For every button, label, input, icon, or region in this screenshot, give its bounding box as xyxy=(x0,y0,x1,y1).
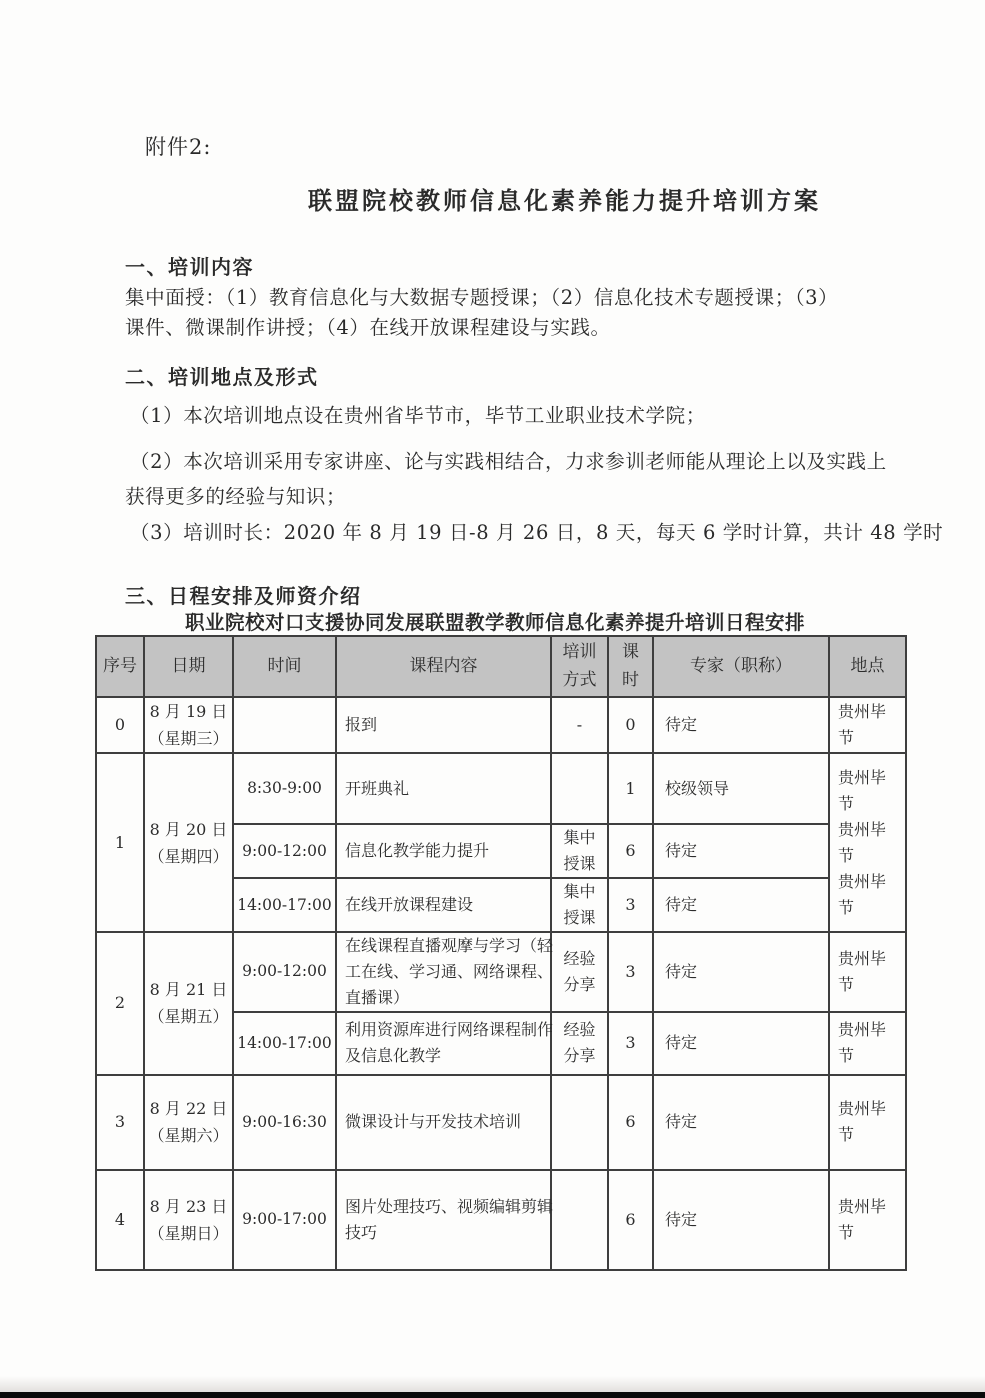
cell-mode: 集中授课 xyxy=(551,878,608,932)
cell-no: 2 xyxy=(96,932,144,1075)
section-3-heading: 三、日程安排及师资介绍 xyxy=(125,580,362,609)
section-2-item-2-line-2: 获得更多的经验与知识； xyxy=(125,481,346,509)
table-header-row: 序号 日期 时间 课程内容 培训方式 课时 专家（职称） 地点 xyxy=(96,636,906,697)
header-mode: 培训方式 xyxy=(551,636,608,697)
cell-location-merged: 贵州毕节 贵州毕节 贵州毕节 xyxy=(829,753,906,932)
section-1-line-2: 课件、微课制作讲授；（4）在线开放课程建设与实践。 xyxy=(125,312,611,340)
cell-expert: 待定 xyxy=(653,1012,829,1075)
header-expert: 专家（职称） xyxy=(653,636,829,697)
document-title: 联盟院校教师信息化素养能力提升培训方案 xyxy=(308,181,821,216)
section-2-heading: 二、培训地点及形式 xyxy=(125,361,319,390)
course-line: 工在线、学习通、网络课程、 xyxy=(345,959,546,985)
cell-time: 8:30-9:00 xyxy=(233,753,336,824)
date-line: （星期三） xyxy=(145,725,232,752)
cell-hours: 1 xyxy=(608,753,653,824)
cell-location: 贵州毕节 xyxy=(829,932,906,1012)
section-1-heading: 一、培训内容 xyxy=(125,251,254,280)
location-entry: 贵州毕节 xyxy=(838,817,897,869)
section-2-item-2-line-1: （2）本次培训采用专家讲座、论与实践相结合，力求参训老师能从理论上以及实践上 xyxy=(130,446,887,474)
header-course: 课程内容 xyxy=(336,636,551,697)
cell-course: 图片处理技巧、视频编辑剪辑 技巧 xyxy=(336,1170,551,1270)
date-line: 8 月 19 日 xyxy=(145,698,232,725)
cell-time: 9:00-12:00 xyxy=(233,824,336,878)
cell-mode xyxy=(551,753,608,824)
date-line: （星期日） xyxy=(145,1220,232,1247)
scanned-document-page: 附件2: 联盟院校教师信息化素养能力提升培训方案 一、培训内容 集中面授：（1）… xyxy=(0,0,985,1398)
date-line: （星期六） xyxy=(145,1122,232,1149)
cell-mode: 经验分享 xyxy=(551,932,608,1012)
section-2-item-3: （3）培训时长：2020 年 8 月 19 日-8 月 26 日，8 天，每天 … xyxy=(130,517,943,545)
header-location: 地点 xyxy=(829,636,906,697)
attachment-label: 附件2: xyxy=(145,131,211,161)
cell-course: 利用资源库进行网络课程制作 及信息化教学 xyxy=(336,1012,551,1075)
location-entry: 贵州毕节 xyxy=(838,765,897,817)
cell-expert: 待定 xyxy=(653,932,829,1012)
cell-date: 8 月 22 日 （星期六） xyxy=(144,1075,233,1170)
cell-time xyxy=(233,697,336,753)
cell-date: 8 月 23 日 （星期日） xyxy=(144,1170,233,1270)
cell-time: 14:00-17:00 xyxy=(233,1012,336,1075)
date-line: 8 月 21 日 xyxy=(145,976,232,1003)
cell-date: 8 月 20 日 （星期四） xyxy=(144,753,233,932)
cell-hours: 3 xyxy=(608,1012,653,1075)
cell-mode xyxy=(551,1170,608,1270)
cell-expert: 待定 xyxy=(653,824,829,878)
scan-edge-artifact xyxy=(0,1392,985,1398)
date-line: 8 月 23 日 xyxy=(145,1193,232,1220)
cell-course: 微课设计与开发技术培训 xyxy=(336,1075,551,1170)
cell-expert: 待定 xyxy=(653,1170,829,1270)
cell-time: 9:00-17:00 xyxy=(233,1170,336,1270)
cell-no: 3 xyxy=(96,1075,144,1170)
table-row: 0 8 月 19 日 （星期三） 报到 - 0 待定 贵州毕节 xyxy=(96,697,906,753)
cell-hours: 0 xyxy=(608,697,653,753)
cell-time: 9:00-16:30 xyxy=(233,1075,336,1170)
section-2-item-1: （1）本次培训地点设在贵州省毕节市，毕节工业职业技术学院； xyxy=(130,400,706,428)
date-line: （星期四） xyxy=(145,843,232,870)
header-no: 序号 xyxy=(96,636,144,697)
cell-mode: 经验分享 xyxy=(551,1012,608,1075)
table-row: 1 8 月 20 日 （星期四） 8:30-9:00 开班典礼 1 校级领导 贵… xyxy=(96,753,906,824)
cell-expert: 待定 xyxy=(653,878,829,932)
cell-mode: - xyxy=(551,697,608,753)
training-schedule-table: 序号 日期 时间 课程内容 培训方式 课时 专家（职称） 地点 0 8 月 19… xyxy=(95,635,907,1271)
course-line: 及信息化教学 xyxy=(345,1043,546,1069)
cell-location: 贵州毕节 xyxy=(829,1075,906,1170)
cell-hours: 3 xyxy=(608,878,653,932)
cell-hours: 6 xyxy=(608,1075,653,1170)
cell-expert: 待定 xyxy=(653,697,829,753)
header-time: 时间 xyxy=(233,636,336,697)
cell-date: 8 月 19 日 （星期三） xyxy=(144,697,233,753)
cell-expert: 待定 xyxy=(653,1075,829,1170)
cell-hours: 3 xyxy=(608,932,653,1012)
table-row: 2 8 月 21 日 （星期五） 9:00-12:00 在线课程直播观摩与学习（… xyxy=(96,932,906,1012)
location-entry: 贵州毕节 xyxy=(838,869,897,921)
course-line: 直播课） xyxy=(345,985,546,1011)
course-line: 在线课程直播观摩与学习（轻 xyxy=(345,933,546,959)
cell-no: 0 xyxy=(96,697,144,753)
course-line: 图片处理技巧、视频编辑剪辑 xyxy=(345,1194,546,1220)
table-row: 4 8 月 23 日 （星期日） 9:00-17:00 图片处理技巧、视频编辑剪… xyxy=(96,1170,906,1270)
cell-expert: 校级领导 xyxy=(653,753,829,824)
cell-course: 开班典礼 xyxy=(336,753,551,824)
cell-no: 1 xyxy=(96,753,144,932)
date-line: （星期五） xyxy=(145,1003,232,1030)
course-line: 利用资源库进行网络课程制作 xyxy=(345,1017,546,1043)
scan-shadow-artifact xyxy=(0,1376,985,1392)
cell-time: 9:00-12:00 xyxy=(233,932,336,1012)
cell-location: 贵州毕节 xyxy=(829,1012,906,1075)
cell-mode xyxy=(551,1075,608,1170)
table-row: 3 8 月 22 日 （星期六） 9:00-16:30 微课设计与开发技术培训 … xyxy=(96,1075,906,1170)
cell-course: 报到 xyxy=(336,697,551,753)
cell-location: 贵州毕节 xyxy=(829,697,906,753)
date-line: 8 月 20 日 xyxy=(145,816,232,843)
schedule-table-caption: 职业院校对口支援协同发展联盟教学教师信息化素养提升培训日程安排 xyxy=(185,607,805,635)
cell-no: 4 xyxy=(96,1170,144,1270)
cell-course: 信息化教学能力提升 xyxy=(336,824,551,878)
section-1-line-1: 集中面授：（1）教育信息化与大数据专题授课；（2）信息化技术专题授课；（3） xyxy=(125,282,838,310)
cell-course: 在线课程直播观摩与学习（轻 工在线、学习通、网络课程、 直播课） xyxy=(336,932,551,1012)
cell-location: 贵州毕节 xyxy=(829,1170,906,1270)
header-hours: 课时 xyxy=(608,636,653,697)
cell-hours: 6 xyxy=(608,824,653,878)
date-line: 8 月 22 日 xyxy=(145,1095,232,1122)
cell-date: 8 月 21 日 （星期五） xyxy=(144,932,233,1075)
header-date: 日期 xyxy=(144,636,233,697)
cell-mode: 集中授课 xyxy=(551,824,608,878)
cell-hours: 6 xyxy=(608,1170,653,1270)
cell-course: 在线开放课程建设 xyxy=(336,878,551,932)
course-line: 技巧 xyxy=(345,1220,546,1246)
cell-time: 14:00-17:00 xyxy=(233,878,336,932)
